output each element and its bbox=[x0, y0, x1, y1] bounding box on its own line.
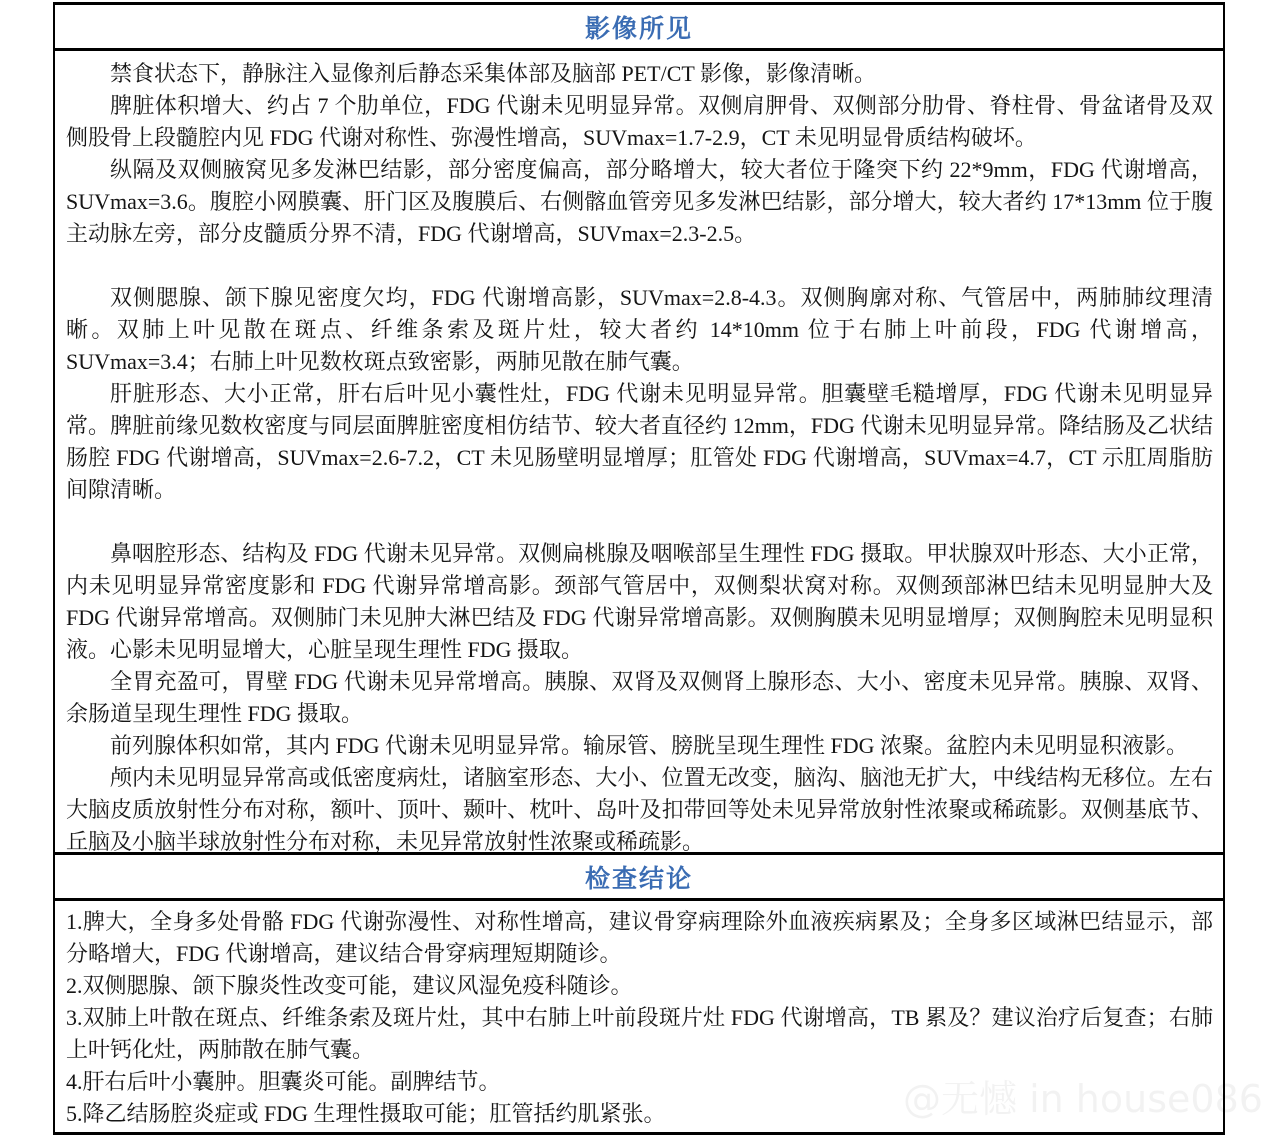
report-table: 影像所见 禁食状态下，静脉注入显像剂后静态采集体部及脑部 PET/CT 影像，影… bbox=[53, 2, 1225, 1135]
conclusion-section-header: 检查结论 bbox=[55, 852, 1223, 901]
finding-paragraph: 脾脏体积增大、约占 7 个肋单位，FDG 代谢未见明显异常。双侧肩胛骨、双侧部分… bbox=[66, 90, 1213, 154]
finding-paragraph: 纵隔及双侧腋窝见多发淋巴结影，部分密度偏高，部分略增大，较大者位于隆突下约 22… bbox=[66, 154, 1213, 250]
finding-paragraph: 肝脏形态、大小正常，肝右后叶见小囊性灶，FDG 代谢未见明显异常。胆囊壁毛糙增厚… bbox=[66, 378, 1213, 506]
finding-paragraph: 鼻咽腔形态、结构及 FDG 代谢未见异常。双侧扁桃腺及咽喉部呈生理性 FDG 摄… bbox=[66, 538, 1213, 666]
findings-body: 禁食状态下，静脉注入显像剂后静态采集体部及脑部 PET/CT 影像，影像清晰。 … bbox=[55, 51, 1223, 852]
conclusion-item: 1.脾大，全身多处骨骼 FDG 代谢弥漫性、对称性增高，建议骨穿病理除外血液疾病… bbox=[66, 906, 1213, 970]
findings-section-header: 影像所见 bbox=[55, 5, 1223, 51]
conclusion-item: 4.肝右后叶小囊肿。胆囊炎可能。副脾结节。 bbox=[66, 1066, 1213, 1098]
conclusion-item: 3.双肺上叶散在斑点、纤维条索及斑片灶，其中右肺上叶前段斑片灶 FDG 代谢增高… bbox=[66, 1002, 1213, 1066]
finding-paragraph: 禁食状态下，静脉注入显像剂后静态采集体部及脑部 PET/CT 影像，影像清晰。 bbox=[66, 58, 1213, 90]
conclusion-item: 2.双侧腮腺、颌下腺炎性改变可能，建议风湿免疫科随诊。 bbox=[66, 970, 1213, 1002]
findings-title: 影像所见 bbox=[585, 9, 693, 45]
conclusion-body: 1.脾大，全身多处骨骼 FDG 代谢弥漫性、对称性增高，建议骨穿病理除外血液疾病… bbox=[55, 901, 1223, 1132]
finding-paragraph: 全胃充盈可，胃壁 FDG 代谢未见异常增高。胰腺、双肾及双侧肾上腺形态、大小、密… bbox=[66, 666, 1213, 730]
finding-paragraph: 颅内未见明显异常高或低密度病灶，诸脑室形态、大小、位置无改变，脑沟、脑池无扩大，… bbox=[66, 762, 1213, 852]
finding-paragraph: 双侧腮腺、颌下腺见密度欠均，FDG 代谢增高影，SUVmax=2.8-4.3。双… bbox=[66, 282, 1213, 378]
finding-paragraph: 前列腺体积如常，其内 FDG 代谢未见明显异常。输尿管、膀胱呈现生理性 FDG … bbox=[66, 730, 1213, 762]
conclusion-item: 5.降乙结肠腔炎症或 FDG 生理性摄取可能；肛管括约肌紧张。 bbox=[66, 1098, 1213, 1130]
conclusion-title: 检查结论 bbox=[585, 859, 693, 895]
